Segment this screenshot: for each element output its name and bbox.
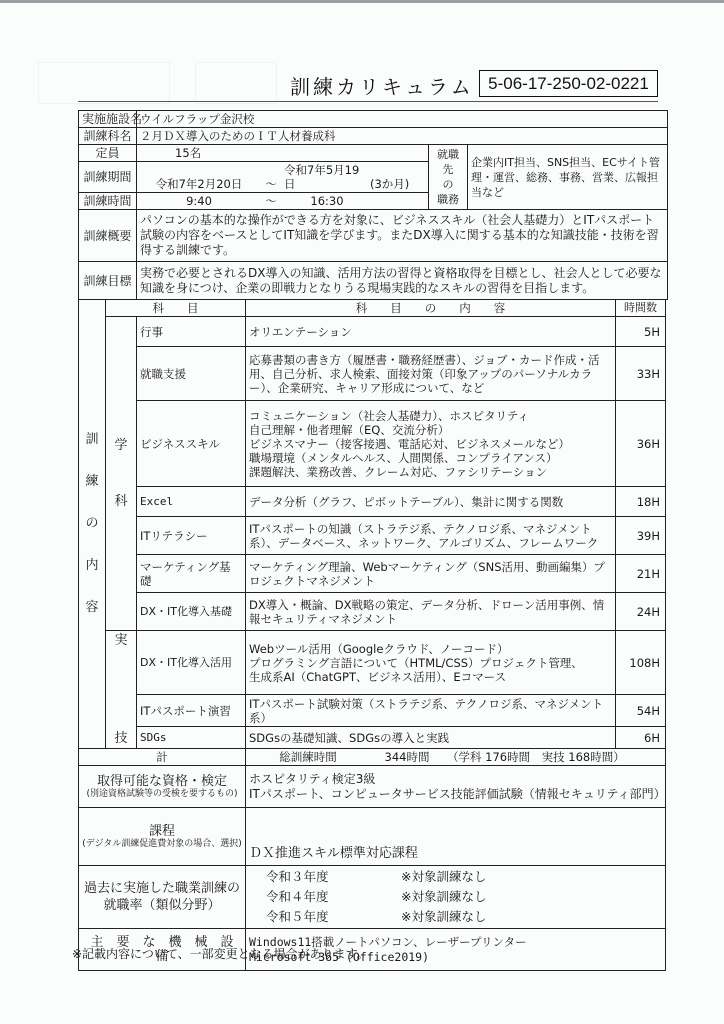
course-code: 5-06-17-250-02-0221	[479, 70, 658, 97]
period-start: 令和7年2月20日	[140, 177, 258, 191]
program-label: 課程	[149, 824, 175, 839]
subject-hours: 39H	[616, 517, 666, 555]
col-subject-header: 科 目	[106, 300, 246, 317]
curriculum-sheet: 実施施設名 ウイルフラップ金沢校 訓練科名 ２月ＤＸ導入のためのＩＴ人材養成科 …	[78, 110, 665, 971]
subject-name: マーケティング基礎	[137, 555, 246, 593]
section-label-training-content: 訓練の内容	[79, 300, 106, 749]
employment-rate-row: 令和５年度※対象訓練なし	[266, 907, 662, 927]
course-name-value: ２月ＤＸ導入のためのＩＴ人材養成科	[137, 128, 668, 145]
col-hours-header: 時間数	[616, 300, 666, 317]
facility-label: 実施施設名	[79, 111, 137, 128]
program-label-cell: 課程 (デジタル訓練促進費対象の場合、選択)	[79, 808, 246, 866]
total-value: 総訓練時間344時間（学科 176時間 実技 168時間）	[246, 749, 666, 766]
facility-value: ウイルフラップ金沢校	[137, 111, 668, 128]
subject-content: ITパスポートの知識（ストラテジ系、テクノロジ系、マネジメント系）、データベース…	[246, 517, 616, 555]
capacity-value: 15名	[137, 145, 429, 162]
capacity-label: 定員	[79, 145, 137, 162]
total-hours: 344時間	[367, 750, 447, 764]
hours-label: 訓練時間	[79, 193, 137, 210]
subject-name: DX・IT化導入活用	[137, 631, 246, 695]
hours-value: 9:40～16:30	[137, 193, 429, 210]
group-label-practical: 実技	[106, 631, 137, 749]
goal-value: 実務で必要とされるDX導入の知識、活用方法の習得と資格取得を目標とし、社会人とし…	[137, 262, 668, 300]
subject-name: ITリテラシー	[137, 517, 246, 555]
qualification-item: ITパスポート、コンピュータサービス技能評価試験（情報セキュリティ部門）	[249, 787, 662, 802]
subject-content: データ分析（グラフ、ピボットテーブル）、集計に関する関数	[246, 487, 616, 517]
job-value: 企業内IT担当、SNS担当、ECサイト管理・運営、総務、事務、営業、広報担当など	[468, 145, 668, 210]
subject-name: 行事	[137, 317, 246, 347]
qualification-item: ホスピタリティ検定3級	[249, 772, 662, 787]
program-value: ＤＸ推進スキル標準対応課程	[246, 808, 666, 866]
subject-name: ビジネススキル	[137, 401, 246, 487]
goal-label: 訓練目標	[79, 262, 137, 300]
hours-end: 16:30	[284, 194, 370, 208]
col-content-header: 科 目 の 内 容	[246, 300, 616, 317]
page-title-row: 訓練カリキュラム	[290, 70, 474, 100]
subject-hours: 54H	[616, 695, 666, 727]
subject-hours: 18H	[616, 487, 666, 517]
subject-name: DX・IT化導入基礎	[137, 593, 246, 631]
subject-hours: 6H	[616, 727, 666, 749]
qualifications-label: 取得可能な資格・検定	[97, 774, 227, 789]
subject-name: 就職支援	[137, 347, 246, 401]
subject-hours: 36H	[616, 401, 666, 487]
hours-sep: ～	[258, 194, 284, 208]
bleed-through-box	[195, 62, 277, 104]
overview-label: 訓練概要	[79, 210, 137, 262]
group-label-classroom: 学科	[106, 317, 137, 631]
job-label: 就職先の職務	[429, 145, 468, 210]
subject-hours: 24H	[616, 593, 666, 631]
total-label: 計	[79, 749, 246, 766]
total-hours-label: 総訓練時間	[249, 750, 367, 764]
qualifications-sublabel: (別途資格試験等の受検を要するもの)	[82, 789, 242, 800]
subject-hours: 21H	[616, 555, 666, 593]
period-value: 令和7年2月20日～令和7年5月19日(3か月)	[137, 162, 429, 193]
subject-hours: 33H	[616, 347, 666, 401]
subject-name: Excel	[137, 487, 246, 517]
total-breakdown: （学科 176時間 実技 168時間）	[447, 750, 625, 764]
info-table: 実施施設名 ウイルフラップ金沢校 訓練科名 ２月ＤＸ導入のためのＩＴ人材養成科 …	[78, 110, 668, 300]
curriculum-table: 訓練の内容 科 目 科 目 の 内 容 時間数 学科 行事 オリエンテーション …	[78, 299, 666, 749]
subject-content: オリエンテーション	[246, 317, 616, 347]
subject-content: SDGsの基礎知識、SDGsの導入と実践	[246, 727, 616, 749]
employment-rate-label: 過去に実施した職業訓練の就職率（類似分野）	[79, 866, 246, 929]
summary-table: 計 総訓練時間344時間（学科 176時間 実技 168時間） 取得可能な資格・…	[78, 748, 666, 971]
qualifications-label-cell: 取得可能な資格・検定 (別途資格試験等の受検を要するもの)	[79, 766, 246, 808]
bleed-through-box	[38, 62, 170, 104]
subject-name: SDGs	[137, 727, 246, 749]
scan-edge	[0, 0, 724, 3]
subject-content: コミュニケーション（社会人基礎力）、ホスピタリティ 自己理解・他者理解（EQ、交…	[246, 401, 616, 487]
program-sublabel: (デジタル訓練促進費対象の場合、選択)	[82, 839, 242, 850]
subject-content: ITパスポート試験対策（ストラテジ系、テクノロジ系、マネジメント系）	[246, 695, 616, 727]
page-title: 訓練カリキュラム	[290, 71, 474, 100]
footnote: ※記載内容について、一部変更となる場合があります。	[72, 945, 369, 962]
divider	[78, 101, 658, 102]
period-end: 令和7年5月19日	[284, 163, 370, 191]
period-length: (3か月)	[370, 177, 409, 191]
subject-content: マーケティング理論、Webマーケティング（SNS活用、動画編集）プロジェクトマネ…	[246, 555, 616, 593]
subject-hours: 108H	[616, 631, 666, 695]
employment-rate-row: 令和３年度※対象訓練なし	[266, 867, 662, 887]
employment-rate-values: 令和３年度※対象訓練なし 令和４年度※対象訓練なし 令和５年度※対象訓練なし	[246, 866, 666, 929]
subject-content: 応募書類の書き方（履歴書・職務経歴書）、ジョブ・カード作成・活用、自己分析、求人…	[246, 347, 616, 401]
subject-hours: 5H	[616, 317, 666, 347]
overview-value: パソコンの基本的な操作ができる方を対象に、ビジネススキル（社会人基礎力）とITパ…	[137, 210, 668, 262]
subject-name: ITパスポート演習	[137, 695, 246, 727]
qualifications-value: ホスピタリティ検定3級 ITパスポート、コンピュータサービス技能評価試験（情報セ…	[246, 766, 666, 808]
subject-content: Webツール活用（Googleクラウド、ノーコード） プログラミング言語について…	[246, 631, 616, 695]
subject-content: DX導入・概論、DX戦略の策定、データ分析、ドローン活用事例、情報セキュリティマ…	[246, 593, 616, 631]
hours-start: 9:40	[140, 194, 258, 208]
course-name-label: 訓練科名	[79, 128, 137, 145]
period-sep: ～	[258, 177, 284, 191]
period-label: 訓練期間	[79, 162, 137, 193]
employment-rate-row: 令和４年度※対象訓練なし	[266, 887, 662, 907]
